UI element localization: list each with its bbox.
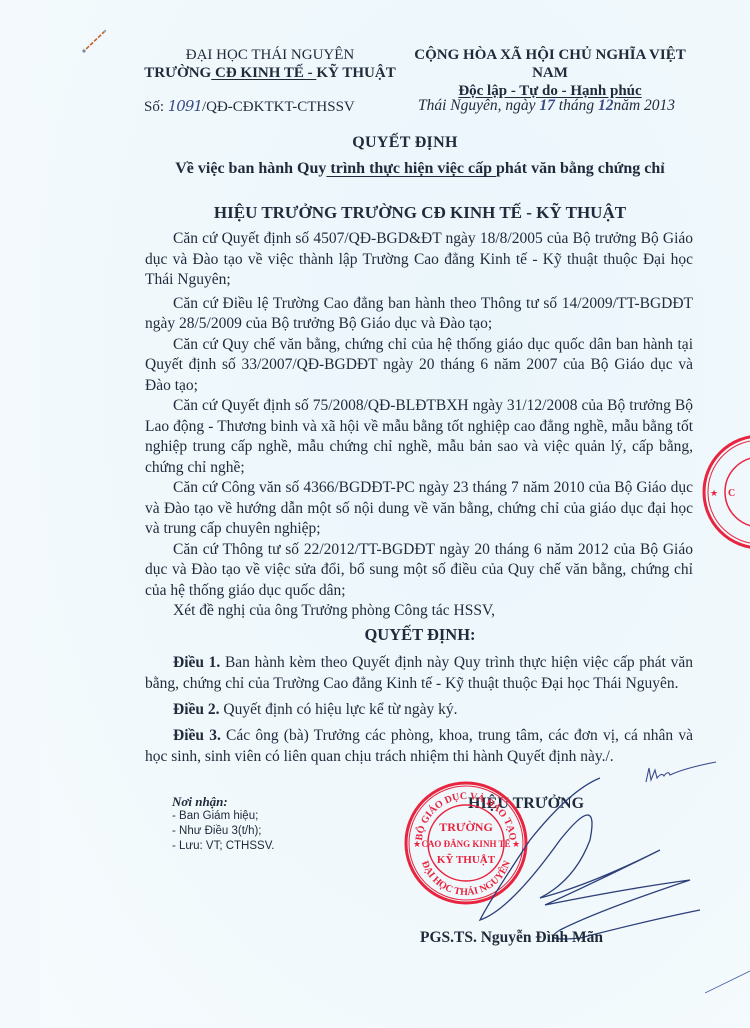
decision-heading: QUYẾT ĐỊNH: bbox=[140, 625, 700, 645]
proposal-paragraph: Xét đề nghị của ông Trưởng phòng Công tá… bbox=[145, 601, 693, 622]
parent-university: ĐẠI HỌC THÁI NGUYÊN bbox=[130, 46, 410, 64]
recipients-block: Nơi nhận: - Ban Giám hiệu; - Như Điều 3(… bbox=[172, 794, 275, 854]
recipients-heading: Nơi nhận: bbox=[172, 794, 275, 809]
college-name: TRƯỜNG CĐ KINH TẾ - KỸ THUẬT bbox=[130, 64, 410, 82]
basis-paragraph: Căn cứ Công văn số 4366/BGDĐT-PC ngày 23… bbox=[145, 478, 693, 540]
recipient-item: - Lưu: VT; CTHSSV. bbox=[172, 839, 275, 854]
svg-text:★: ★ bbox=[413, 839, 421, 849]
signer-name: PGS.TS. Nguyễn Đình Mãn bbox=[420, 929, 603, 947]
document-title: QUYẾT ĐỊNH bbox=[0, 134, 750, 152]
issuer-heading: HIỆU TRƯỞNG TRƯỜNG CĐ KINH TẾ - KỸ THUẬT bbox=[140, 203, 700, 223]
document-subject: Về việc ban hành Quy trình thực hiện việ… bbox=[140, 160, 700, 178]
issuing-organization: ĐẠI HỌC THÁI NGUYÊN TRƯỜNG CĐ KINH TẾ - … bbox=[130, 46, 410, 82]
basis-paragraph: Căn cứ Điều lệ Trường Cao đẳng ban hành … bbox=[145, 294, 693, 335]
legal-bases: Căn cứ Quyết định số 4507/QĐ-BGD&ĐT ngày… bbox=[145, 229, 693, 625]
country-name: CỘNG HÒA XÃ HỘI CHỦ NGHĨA VIỆT NAM bbox=[400, 46, 700, 82]
date-line: Thái Nguyên, ngày 17 tháng 12năm 2013 bbox=[418, 97, 675, 115]
handwritten-day: 17 bbox=[539, 97, 555, 114]
basis-paragraph: Căn cứ Quyết định số 75/2008/QĐ-BLĐTBXH … bbox=[145, 396, 693, 478]
pen-mark-icon bbox=[78, 28, 108, 54]
basis-paragraph: Căn cứ Quyết định số 4507/QĐ-BGD&ĐT ngày… bbox=[145, 229, 693, 291]
pen-stroke-icon bbox=[700, 965, 750, 995]
articles: Điều 1. Ban hành kèm theo Quyết định này… bbox=[145, 652, 693, 772]
partial-seal-icon: ★ C bbox=[700, 432, 750, 552]
svg-text:★: ★ bbox=[710, 488, 718, 498]
handwritten-number: 1091 bbox=[168, 97, 202, 115]
document-number: Số: 1091/QĐ-CĐKTKT-CTHSSV bbox=[144, 97, 355, 116]
article-1: Điều 1. Ban hành kèm theo Quyết định này… bbox=[145, 652, 693, 694]
national-motto: CỘNG HÒA XÃ HỘI CHỦ NGHĨA VIỆT NAM Độc l… bbox=[400, 46, 700, 100]
recipient-item: - Như Điều 3(t/h); bbox=[172, 824, 275, 839]
basis-paragraph: Căn cứ Thông tư số 22/2012/TT-BGDĐT ngày… bbox=[145, 540, 693, 602]
basis-paragraph: Căn cứ Quy chế văn bằng, chứng chỉ của h… bbox=[145, 335, 693, 397]
recipient-item: - Ban Giám hiệu; bbox=[172, 809, 275, 824]
handwritten-month: 12 bbox=[598, 97, 614, 114]
article-3: Điều 3. Các ông (bà) Trưởng các phòng, k… bbox=[145, 725, 693, 767]
article-2: Điều 2. Quyết định có hiệu lực kể từ ngà… bbox=[145, 699, 693, 720]
svg-text:C: C bbox=[728, 488, 735, 499]
